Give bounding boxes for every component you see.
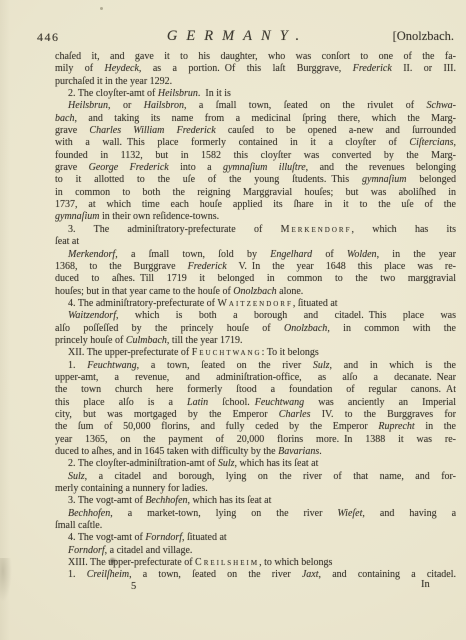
text-run: Feuchtwang: [87, 360, 136, 371]
text-run: , a town, ſeated on the river: [137, 360, 313, 371]
text-run: V. In the year 1648 this place was re-: [227, 261, 456, 272]
text-run: gymnaſium: [55, 211, 99, 222]
text-line: the ſum of 50,000 florins, and fully ced…: [55, 421, 456, 433]
text-run: princely houſe of: [55, 335, 126, 346]
running-title: GERMANY.: [158, 28, 308, 45]
text-run: purchaſed it in the year 1292.: [55, 76, 172, 87]
text-line: to it allotted to the uſe of the young ſ…: [55, 174, 456, 186]
text-run: Culmbach: [126, 335, 167, 346]
text-run: year 1365, on the payment of 20,000 flor…: [55, 434, 456, 445]
text-run: duced to aſhes. Till 1719 it belonged in…: [55, 273, 456, 284]
text-run: 1.: [68, 569, 87, 580]
text-run: ,: [454, 137, 457, 148]
text-run: , as a portion. Of this laſt Burggrave,: [139, 63, 353, 74]
text-run: duced to aſhes, and in 1645 taken with d…: [55, 446, 278, 457]
text-run: Heilsbrun: [68, 100, 108, 111]
text-run: was anciently an Imperial: [304, 397, 456, 408]
text-run: chaſed it, and gave it to his daughter, …: [55, 51, 456, 62]
text-block: chaſed it, and gave it to his daughter, …: [55, 51, 456, 582]
text-run: Feuchtwang: [255, 397, 304, 408]
text-run: XIII. The upper-prefecturate of: [68, 557, 195, 568]
text-run: mily of: [55, 63, 104, 74]
text-run: , in the year: [377, 249, 456, 260]
text-line: ſeat at: [55, 236, 456, 248]
text-line: duced to aſhes. Till 1719 it belonged in…: [55, 273, 456, 285]
text-run: , or: [108, 100, 144, 111]
text-run: , a ſmall town, ſeated on the rivulet of: [184, 100, 427, 111]
text-run: Bechhofen: [145, 495, 187, 506]
text-run: , a citadel and village.: [105, 545, 193, 556]
text-run: Onolzbach: [284, 323, 327, 334]
text-run: . In it is: [198, 88, 231, 99]
text-run: Merkendorf: [68, 249, 115, 260]
text-run: Onolzbach: [233, 286, 276, 297]
text-run: Creilsheim: [195, 557, 259, 568]
text-run: upper-amt, a revenue, and adminiſtration…: [55, 372, 456, 383]
text-run: Forndorf: [68, 545, 105, 556]
text-run: 4. The vogt-amt of: [68, 532, 145, 543]
text-run: Jaxt: [302, 569, 319, 580]
text-run: Hailsbron: [144, 100, 184, 111]
text-line: gymnaſium in their own reſidence-towns.: [55, 211, 456, 223]
text-run: Ruprecht: [378, 421, 414, 432]
text-run: Waitzendorf: [68, 310, 116, 321]
text-line: 1. Creilſheim, a town, ſeated on the riv…: [55, 569, 456, 581]
text-run: Charles William Frederick: [89, 125, 215, 136]
text-run: Creilſheim: [87, 569, 129, 580]
text-run: founded in 1132, but in 1582 this cloyſt…: [55, 150, 456, 161]
text-run: .: [319, 446, 322, 457]
running-section-title: [Onolzbach.: [393, 29, 454, 44]
text-run: , which is both a borough and citadel. T…: [116, 310, 456, 321]
ink-blot: [108, 557, 117, 565]
text-line: duced to aſhes, and in 1645 taken with d…: [55, 446, 456, 458]
text-run: Sulz: [313, 360, 330, 371]
text-run: to it allotted to the uſe of the young ſ…: [55, 174, 362, 185]
text-run: , till the year 1719.: [167, 335, 243, 346]
text-line: 1. Feuchtwang, a town, ſeated on the riv…: [55, 360, 456, 372]
text-run: 3. The vogt-amt of: [68, 495, 145, 506]
text-run: Wolden: [347, 249, 377, 260]
text-run: grave: [55, 125, 89, 136]
text-line: mily of Heydeck, as a portion. Of this l…: [55, 63, 456, 75]
text-run: Frederick: [353, 63, 392, 74]
scan-edge-smudge: [0, 558, 12, 602]
text-run: ſeat at: [55, 236, 79, 247]
text-run: 1.: [68, 360, 87, 371]
text-run: into a: [169, 162, 223, 173]
text-line: the town church here formerly ſtood a fo…: [55, 384, 456, 396]
text-line: founded in 1132, but in 1582 this cloyſt…: [55, 150, 456, 162]
text-line: 4. The vogt-amt of Forndorf, ſituated at: [55, 532, 456, 544]
text-line: Bechhofen, a market-town, lying on the r…: [55, 508, 456, 520]
text-line: 2. The cloyſter-amt of Heilsbrun. In it …: [55, 88, 456, 100]
text-run: , to which belongs: [259, 557, 332, 568]
text-run: , ſituated at: [293, 298, 338, 309]
text-run: IV. to the Burggraves for: [310, 409, 456, 420]
text-line: XII. The upper-prefecturate of Feuchtwan…: [55, 347, 456, 359]
text-run: , a town, ſeated on the river: [129, 569, 302, 580]
text-run: Bavarians: [278, 446, 319, 457]
text-run: Bechhofen: [68, 508, 110, 519]
text-run: 2. The cloyſter-amt of: [68, 88, 158, 99]
text-run: , and in which is the: [330, 360, 456, 371]
text-run: in their own reſidence-towns.: [99, 211, 219, 222]
text-line: upper-amt, a revenue, and adminiſtration…: [55, 372, 456, 384]
text-run: Feuchtwang: [192, 347, 262, 358]
text-run: , and having a: [362, 508, 456, 519]
text-line: Waitzendorf, which is both a borough and…: [55, 310, 456, 322]
text-run: this place alſo is a: [55, 397, 187, 408]
text-line: grave George Frederick into a gymnaſium …: [55, 162, 456, 174]
text-line: 2. The cloyſter-adminiſtration-amt of Su…: [55, 458, 456, 470]
text-run: II. or III.: [392, 63, 456, 74]
text-run: Charles: [279, 409, 311, 420]
text-line: with a wall. This place formerly contain…: [55, 137, 456, 149]
text-line: Sulz, a citadel and borough, lying on th…: [55, 471, 456, 483]
text-line: alſo poſſeſſed by the princely houſe of …: [55, 323, 456, 335]
text-line: grave Charles William Frederick cauſed t…: [55, 125, 456, 137]
text-run: George Frederick: [89, 162, 169, 173]
text-run: , which has its: [351, 224, 456, 235]
text-run: 1368, to the Burggrave: [55, 261, 188, 272]
text-run: the town church here formerly ſtood a fo…: [55, 384, 456, 395]
text-line: in common to both the reigning Marggravi…: [55, 187, 456, 199]
text-run: Wieſet: [337, 508, 362, 519]
text-run: alone.: [277, 286, 304, 297]
text-line: 1737, at which time each houſe applied i…: [55, 199, 456, 211]
text-line: princely houſe of Culmbach, till the yea…: [55, 335, 456, 347]
text-line: houſes; but in that year came to the hou…: [55, 286, 456, 298]
text-line: this place alſo is a Latin ſchool. Feuch…: [55, 397, 456, 409]
text-line: ſmall caſtle.: [55, 520, 456, 532]
text-line: chaſed it, and gave it to his daughter, …: [55, 51, 456, 63]
text-run: , which has its ſeat at: [188, 495, 272, 506]
text-run: ſmall caſtle.: [55, 520, 102, 531]
text-line: city, but was mortgaged by the Emperor C…: [55, 409, 456, 421]
text-run: Ciſtercians: [409, 137, 453, 148]
text-run: XII. The upper-prefecturate of: [68, 347, 192, 358]
text-run: Forndorf: [145, 532, 182, 543]
text-line: Forndorf, a citadel and village.: [55, 545, 456, 557]
text-run: 4. The adminiſtratory-prefecturate of: [68, 298, 217, 309]
text-run: of: [312, 249, 347, 260]
text-run: the ſum of 50,000 florins, and fully ced…: [55, 421, 378, 432]
book-page-scan: 446 GERMANY. [Onolzbach. chaſed it, and …: [0, 0, 466, 640]
text-run: ſchool.: [208, 397, 255, 408]
text-run: in common to both the reigning Marggravi…: [55, 187, 456, 198]
text-line: year 1365, on the payment of 20,000 flor…: [55, 434, 456, 446]
text-run: 1737, at which time each houſe applied i…: [55, 199, 456, 210]
text-run: merly containing a nunnery for ladies.: [55, 483, 208, 494]
text-run: houſes; but in that year came to the hou…: [55, 286, 233, 297]
text-run: Schwa-: [427, 100, 456, 111]
text-run: , and the revenues belonging: [306, 162, 456, 173]
text-run: , a citadel and borough, lying on the ri…: [85, 471, 456, 482]
text-run: gymnaſium: [362, 174, 406, 185]
text-run: Frederick: [188, 261, 227, 272]
text-run: gymnaſium illuſtre: [223, 162, 306, 173]
text-run: cauſed to be opened a-new and ſurrounded: [216, 125, 456, 136]
text-run: Engelhard: [270, 249, 312, 260]
text-run: , in common with the: [327, 323, 456, 334]
text-run: Heydeck: [104, 63, 138, 74]
text-run: Sulz: [68, 471, 85, 482]
text-line: bach, and taking its name from a medicin…: [55, 113, 456, 125]
text-run: with a wall. This place formerly contain…: [55, 137, 409, 148]
text-run: , which has its ſeat at: [235, 458, 319, 469]
text-run: alſo poſſeſſed by the princely houſe of: [55, 323, 284, 334]
text-run: grave: [55, 162, 89, 173]
text-run: 2. The cloyſter-adminiſtration-amt of: [68, 458, 218, 469]
text-run: Sulz: [218, 458, 235, 469]
text-run: , a ſmall town, ſold by: [115, 249, 270, 260]
signature-mark: 5: [131, 581, 136, 592]
text-run: belonged: [406, 174, 456, 185]
scan-speck: [100, 7, 103, 10]
text-line: Merkendorf, a ſmall town, ſold by Engelh…: [55, 249, 456, 261]
text-run: Heilsbrun: [158, 88, 198, 99]
text-run: Waitzendorf: [217, 298, 292, 309]
text-line: 3. The adminiſtratory-prefecturate of Me…: [55, 224, 456, 236]
text-line: merly containing a nunnery for ladies.: [55, 483, 456, 495]
text-line: 3. The vogt-amt of Bechhofen, which has …: [55, 495, 456, 507]
catchword: In: [421, 579, 430, 590]
text-run: , a market-town, lying on the river: [110, 508, 337, 519]
text-run: in the: [415, 421, 456, 432]
text-run: city, but was mortgaged by the Emperor: [55, 409, 279, 420]
text-line: Heilsbrun, or Hailsbron, a ſmall town, ſ…: [55, 100, 456, 112]
text-run: , ſituated at: [182, 532, 227, 543]
text-line: 4. The adminiſtratory-prefecturate of Wa…: [55, 298, 456, 310]
text-run: : To it belongs: [262, 347, 319, 358]
text-run: 3. The adminiſtratory-prefecturate of: [68, 224, 281, 235]
text-run: , and taking its name from a medicinal ſ…: [74, 113, 456, 124]
text-line: 1368, to the Burggrave Frederick V. In t…: [55, 261, 456, 273]
text-run: , and containing a citadel.: [319, 569, 456, 580]
text-run: bach: [55, 113, 74, 124]
text-run: Latin: [187, 397, 208, 408]
text-line: purchaſed it in the year 1292.: [55, 76, 456, 88]
text-run: Merkendorf: [281, 224, 352, 235]
